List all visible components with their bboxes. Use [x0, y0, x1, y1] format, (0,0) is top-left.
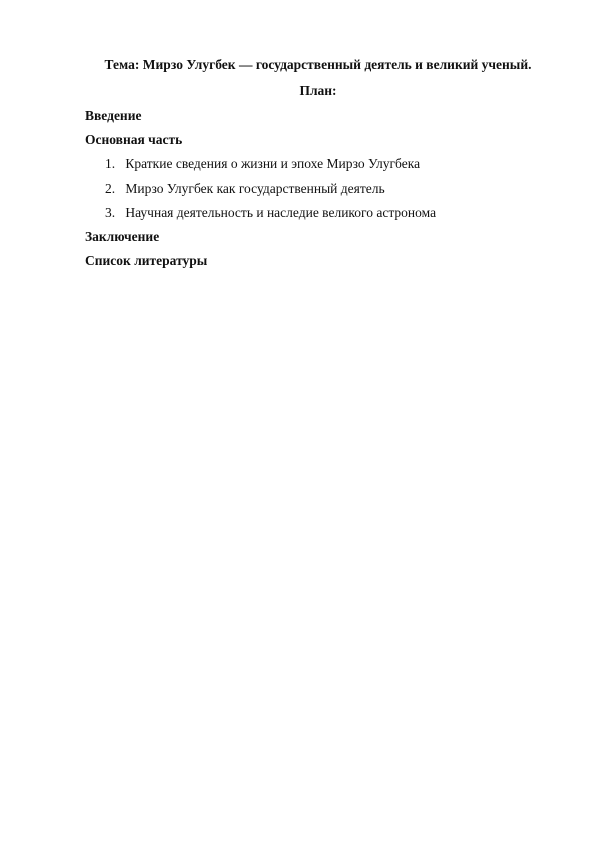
list-item-text: Мирзо Улугбек как государственный деятел… — [125, 181, 384, 196]
section-intro: Введение — [85, 107, 141, 125]
list-item: 2. Мирзо Улугбек как государственный дея… — [105, 180, 385, 198]
list-item-text: Научная деятельность и наследие великого… — [125, 205, 436, 220]
list-item: 1. Краткие сведения о жизни и эпохе Мирз… — [105, 155, 420, 173]
section-conclusion: Заключение — [85, 228, 159, 246]
list-item-number: 2. — [105, 180, 122, 198]
section-references: Список литературы — [85, 252, 207, 270]
document-page: Тема: Мирзо Улугбек — государственный де… — [0, 0, 596, 842]
list-item-number: 3. — [105, 204, 122, 222]
list-item-text: Краткие сведения о жизни и эпохе Мирзо У… — [125, 156, 420, 171]
document-title: Тема: Мирзо Улугбек — государственный де… — [0, 56, 596, 74]
list-item: 3. Научная деятельность и наследие велик… — [105, 204, 436, 222]
plan-heading: План: — [0, 82, 596, 100]
list-item-number: 1. — [105, 155, 122, 173]
section-main: Основная часть — [85, 131, 182, 149]
